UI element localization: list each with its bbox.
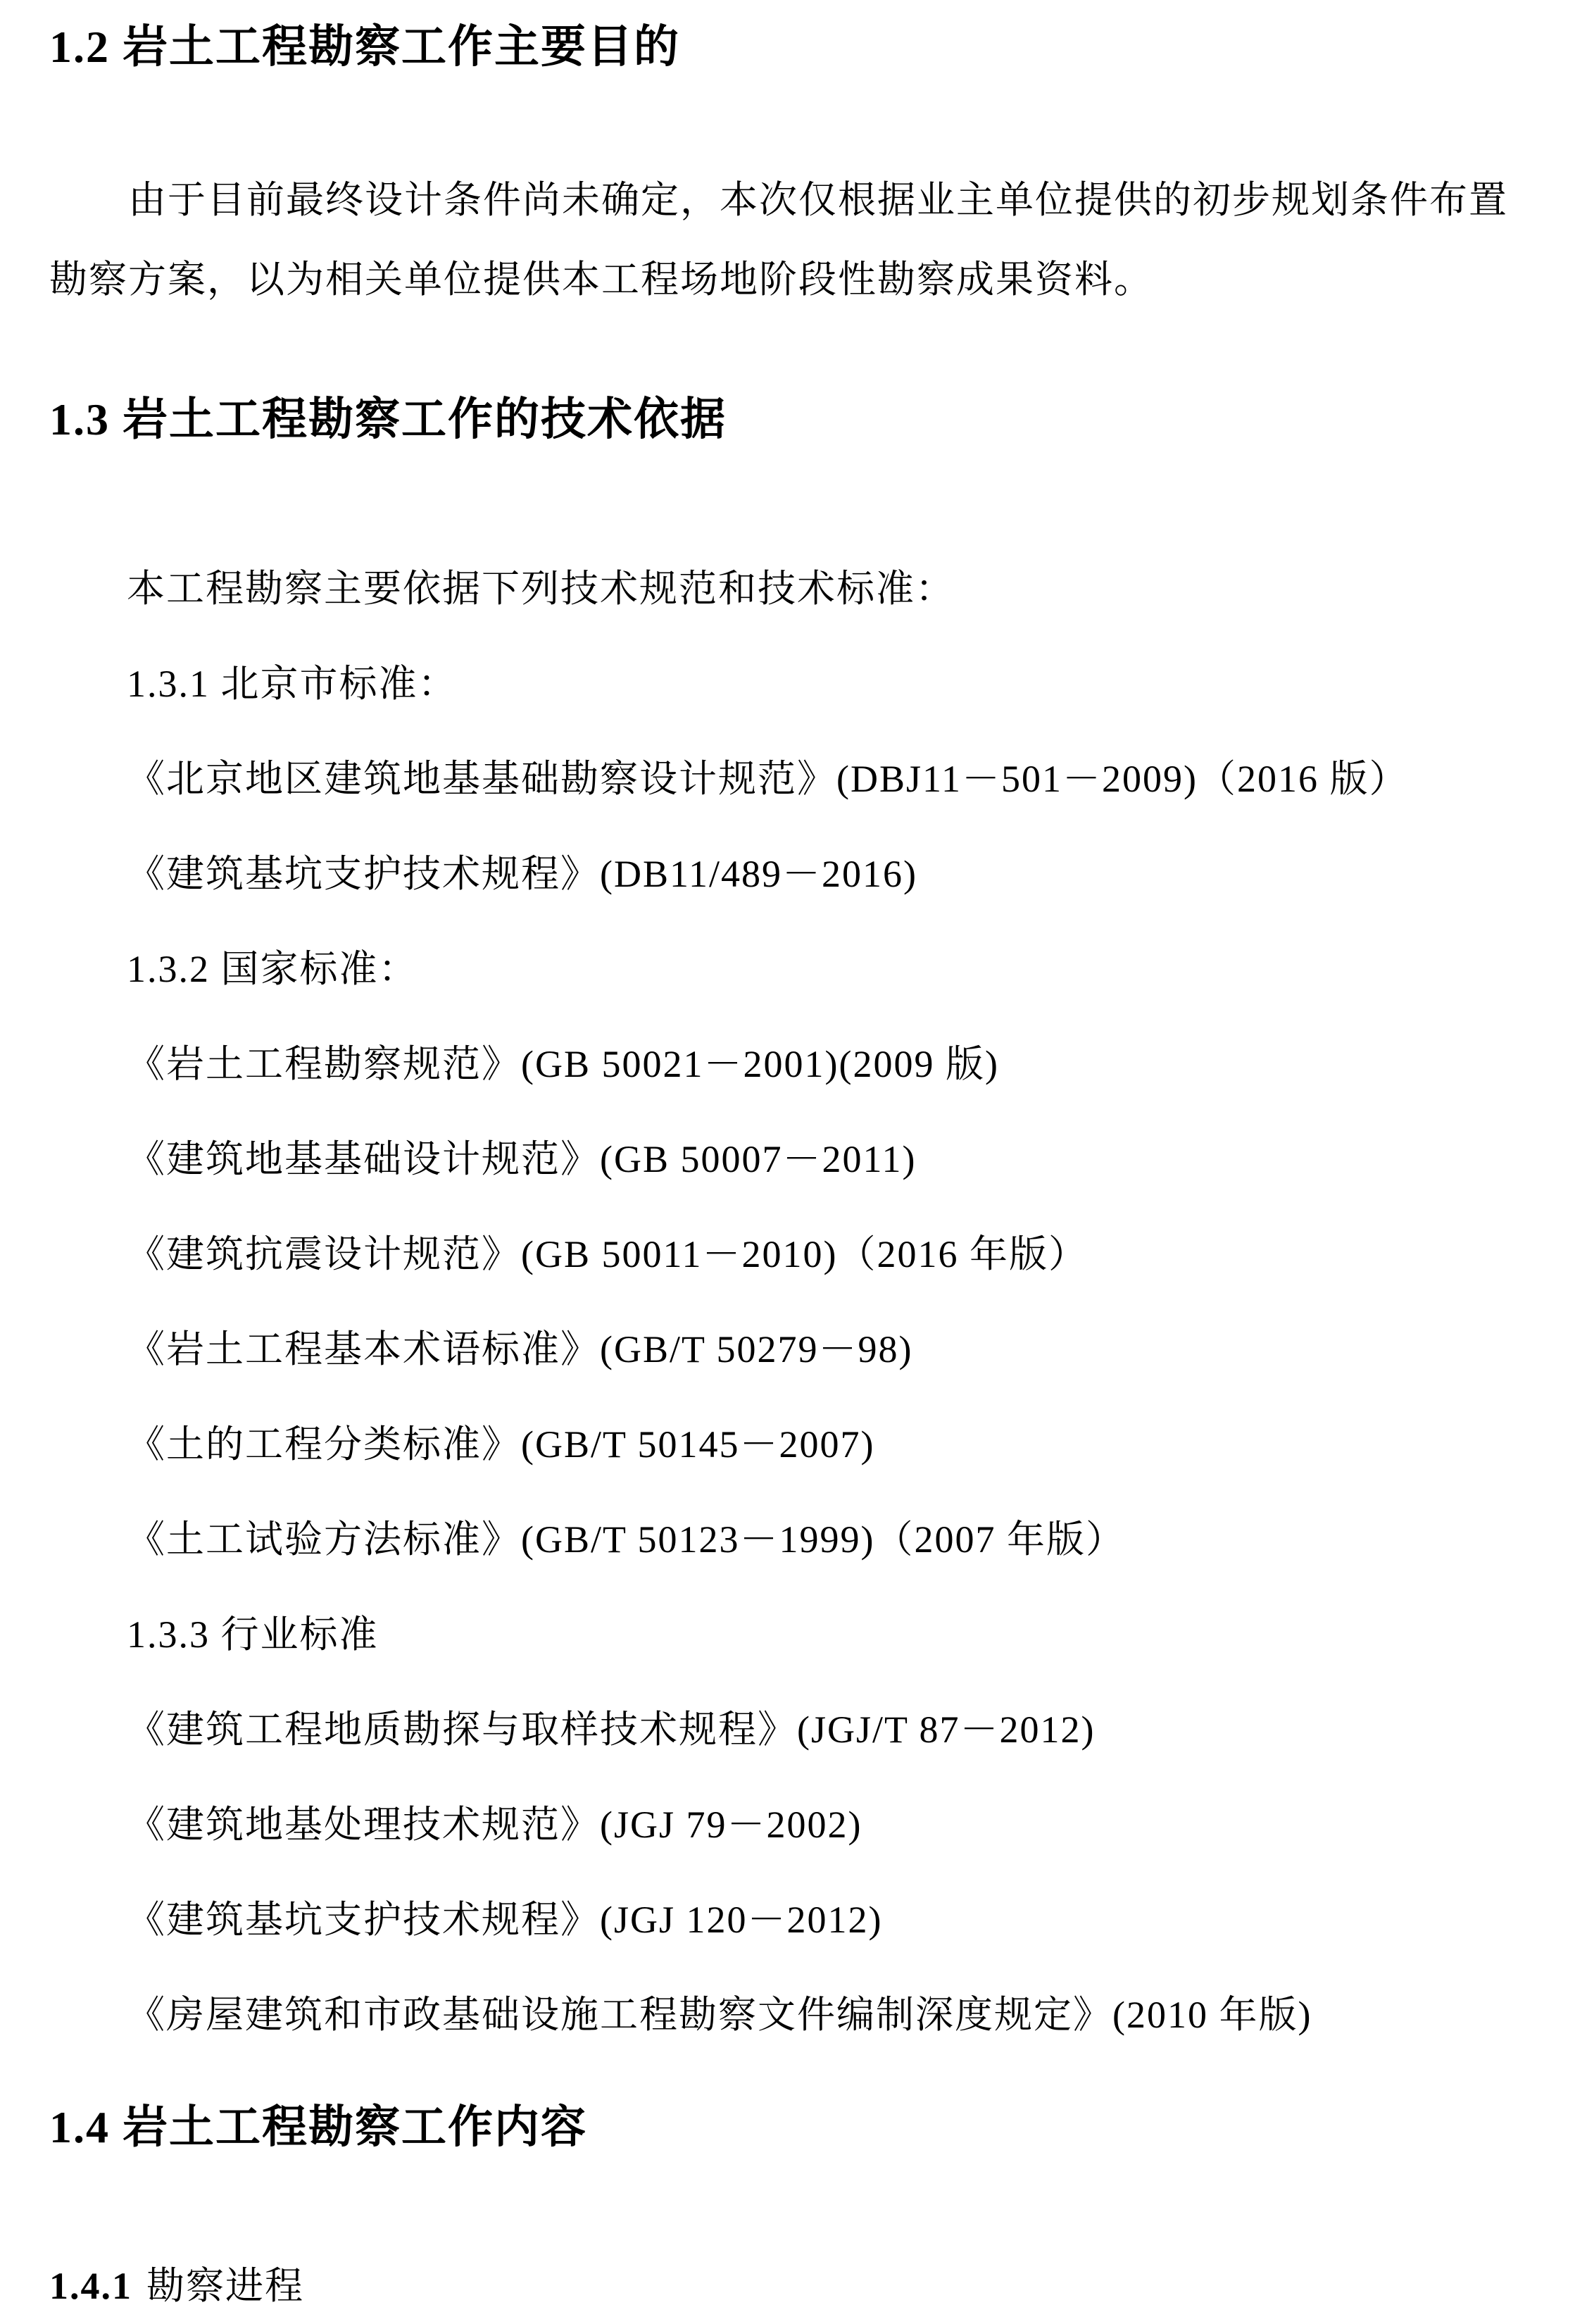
subheading-1-3-2: 1.3.2 国家标准： [49, 922, 1524, 1017]
heading-1-3: 1.3 岩土工程勘察工作的技术依据 [49, 390, 1524, 449]
standard-item-jgjt-87: 《建筑工程地质勘探与取样技术规程》(JGJ/T 87－2012) [49, 1682, 1524, 1778]
heading-1-2: 1.2 岩土工程勘察工作主要目的 [49, 18, 1524, 76]
heading-1-4-1-title: 勘察进程 [146, 2265, 304, 2307]
paragraph-1-2-line-1: 由于目前最终设计条件尚未确定，本次仅根据业主单位提供的初步规划条件布置 [49, 161, 1524, 240]
subheading-1-3-3: 1.3.3 行业标准 [49, 1587, 1524, 1682]
standard-item-jgj-120: 《建筑基坑支护技术规程》(JGJ 120－2012) [49, 1873, 1524, 1968]
heading-1-4-1-number: 1.4.1 [49, 2265, 132, 2307]
standard-item-jgj-79: 《建筑地基处理技术规范》(JGJ 79－2002) [49, 1778, 1524, 1873]
document-page: 1.2 岩土工程勘察工作主要目的 由于目前最终设计条件尚未确定，本次仅根据业主单… [0, 0, 1575, 2324]
heading-1-4-1: 1.4.1勘察进程 [49, 2264, 1524, 2309]
heading-1-4: 1.4 岩土工程勘察工作内容 [49, 2098, 1524, 2156]
paragraph-1-2: 由于目前最终设计条件尚未确定，本次仅根据业主单位提供的初步规划条件布置 勘察方案… [49, 161, 1524, 320]
subheading-1-3-1: 1.3.1 北京市标准： [49, 637, 1524, 732]
standard-item-db11-489: 《建筑基坑支护技术规程》(DB11/489－2016) [49, 827, 1524, 922]
standard-item-gb-50007: 《建筑地基基础设计规范》(GB 50007－2011) [49, 1112, 1524, 1207]
standard-item-gbt-50279: 《岩土工程基本术语标准》(GB/T 50279－98) [49, 1302, 1524, 1397]
standard-item-dbj11-501: 《北京地区建筑地基基础勘察设计规范》(DBJ11－501－2009)（2016 … [49, 732, 1524, 827]
standard-item-survey-depth-rule: 《房屋建筑和市政基础设施工程勘察文件编制深度规定》(2010 年版) [49, 1968, 1524, 2063]
standard-item-gb-50011: 《建筑抗震设计规范》(GB 50011－2010)（2016 年版） [49, 1207, 1524, 1302]
paragraph-1-2-line-2: 勘察方案，以为相关单位提供本工程场地阶段性勘察成果资料。 [49, 240, 1524, 320]
standard-item-gbt-50145: 《土的工程分类标准》(GB/T 50145－2007) [49, 1397, 1524, 1492]
intro-line-1-3: 本工程勘察主要依据下列技术规范和技术标准： [49, 542, 1524, 637]
standard-item-gbt-50123: 《土工试验方法标准》(GB/T 50123－1999)（2007 年版） [49, 1492, 1524, 1587]
standard-item-gb-50021: 《岩土工程勘察规范》(GB 50021－2001)(2009 版) [49, 1017, 1524, 1112]
